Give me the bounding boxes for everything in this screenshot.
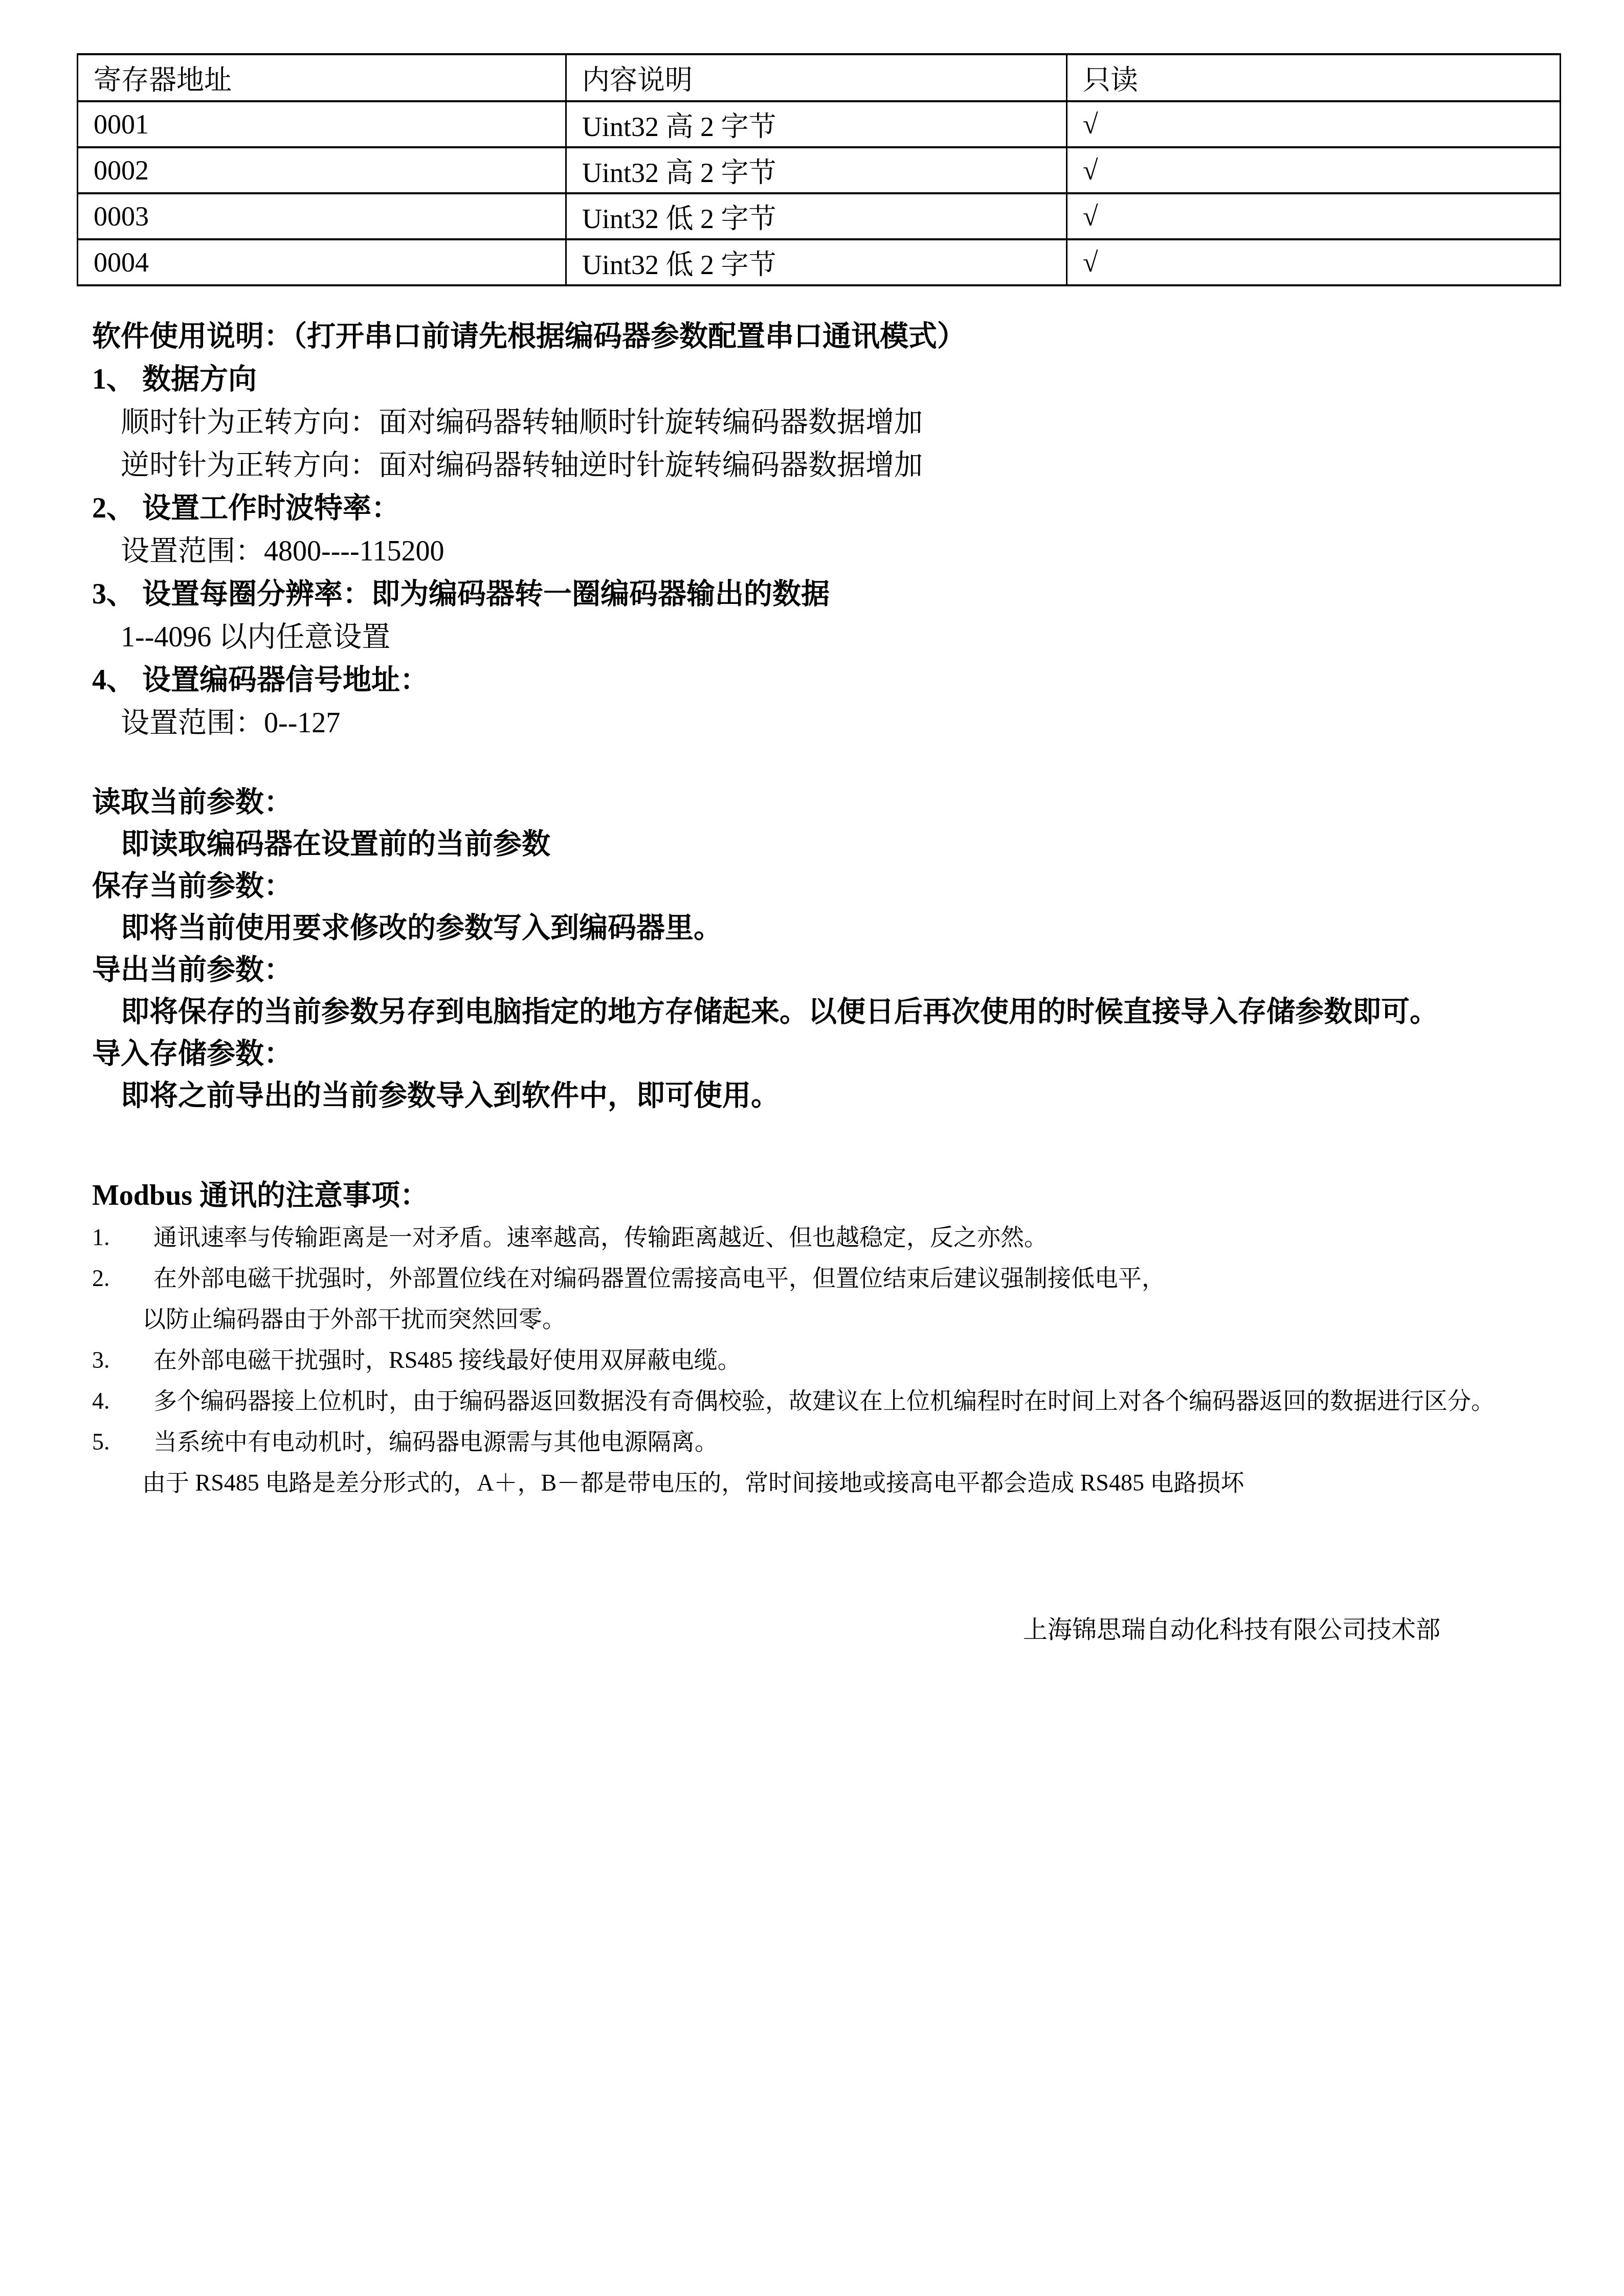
table-row: 0004 Uint32 低 2 字节 √ <box>78 239 1561 285</box>
operation-definition: 即读取编码器在设置前的当前参数 <box>92 823 1438 865</box>
description-cell: Uint32 低 2 字节 <box>566 193 1067 239</box>
item-heading-text: 数据方向 <box>142 364 257 395</box>
note-number: 4. <box>92 1381 153 1422</box>
description-cell: Uint32 低 2 字节 <box>566 239 1067 285</box>
readonly-checkmark-cell: √ <box>1067 239 1561 285</box>
operation-definition: 即将当前使用要求修改的参数写入到编码器里。 <box>92 907 1438 949</box>
register-address-cell: 0002 <box>78 147 566 193</box>
instruction-item-heading: 1、数据方向 <box>92 358 966 401</box>
operation-definition: 即将之前导出的当前参数导入到软件中，即可使用。 <box>92 1075 1438 1117</box>
item-number: 2、 <box>92 492 135 524</box>
note-number: 3. <box>92 1340 153 1381</box>
register-address-cell: 0003 <box>78 193 566 239</box>
note-number: 2. <box>92 1258 153 1299</box>
note-item: 3.在外部电磁干扰强时，RS485 接线最好使用双屏蔽电缆。 <box>92 1340 1495 1381</box>
item-number: 3、 <box>92 578 135 610</box>
item-heading-text: 设置工作时波特率： <box>142 492 400 524</box>
instruction-detail: 设置范围：0--127 <box>92 702 966 745</box>
instruction-item-heading: 2、设置工作时波特率： <box>92 487 966 530</box>
item-number: 1、 <box>92 364 135 395</box>
note-continuation: 以防止编码器由于外部干扰而突然回零。 <box>92 1299 1495 1340</box>
parameter-operations-section: 读取当前参数： 即读取编码器在设置前的当前参数 保存当前参数： 即将当前使用要求… <box>92 781 1438 1117</box>
description-cell: Uint32 高 2 字节 <box>566 147 1067 193</box>
note-number: 5. <box>92 1422 153 1462</box>
readonly-checkmark-cell: √ <box>1067 101 1561 147</box>
note-number: 1. <box>92 1217 153 1258</box>
document-page: 寄存器地址 内容说明 只读 0001 Uint32 高 2 字节 √ 0002 … <box>0 0 1624 2296</box>
modbus-notes-list: 1.通讯速率与传输距离是一对矛盾。速率越高，传输距离越近、但也越稳定，反之亦然。… <box>92 1217 1495 1503</box>
signature: 上海锦思瑞自动化科技有限公司技术部 <box>1023 1616 1440 1645</box>
note-item: 2.在外部电磁干扰强时，外部置位线在对编码器置位需接高电平，但置位结束后建议强制… <box>92 1258 1495 1299</box>
instruction-item-heading: 3、设置每圈分辨率：即为编码器转一圈编码器输出的数据 <box>92 573 966 616</box>
readonly-checkmark-cell: √ <box>1067 193 1561 239</box>
instruction-detail: 顺时针为正转方向：面对编码器转轴顺时针旋转编码器数据增加 <box>92 401 966 444</box>
register-address-cell: 0001 <box>78 101 566 147</box>
description-cell: Uint32 高 2 字节 <box>566 101 1067 147</box>
readonly-checkmark-cell: √ <box>1067 147 1561 193</box>
operation-definition: 即将保存的当前参数另存到电脑指定的地方存储起来。以便日后再次使用的时候直接导入存… <box>92 991 1438 1033</box>
operation-term: 导出当前参数： <box>92 949 1438 991</box>
modbus-notes-title: Modbus 通讯的注意事项： <box>92 1174 429 1217</box>
note-footnote: 由于 RS485 电路是差分形式的，A＋，B－都是带电压的，常时间接地或接高电平… <box>92 1462 1495 1503</box>
note-text: 在外部电磁干扰强时，外部置位线在对编码器置位需接高电平，但置位结束后建议强制接低… <box>153 1265 1165 1291</box>
software-instructions-section: 软件使用说明：（打开串口前请先根据编码器参数配置串口通讯模式） 1、数据方向 顺… <box>92 315 966 745</box>
instruction-detail: 逆时针为正转方向：面对编码器转轴逆时针旋转编码器数据增加 <box>92 444 966 487</box>
column-header-readonly: 只读 <box>1067 54 1561 101</box>
note-text: 当系统中有电动机时，编码器电源需与其他电源隔离。 <box>153 1429 718 1455</box>
note-item: 4.多个编码器接上位机时，由于编码器返回数据没有奇偶校验，故建议在上位机编程时在… <box>92 1381 1495 1422</box>
table-row: 0003 Uint32 低 2 字节 √ <box>78 193 1561 239</box>
note-text: 在外部电磁干扰强时，RS485 接线最好使用双屏蔽电缆。 <box>153 1347 741 1373</box>
operation-term: 导入存储参数： <box>92 1033 1438 1075</box>
software-instructions-title: 软件使用说明：（打开串口前请先根据编码器参数配置串口通讯模式） <box>92 315 966 358</box>
instruction-item-heading: 4、设置编码器信号地址： <box>92 659 966 702</box>
item-heading-text: 设置编码器信号地址： <box>142 664 429 696</box>
item-heading-text: 设置每圈分辨率：即为编码器转一圈编码器输出的数据 <box>142 578 830 610</box>
note-text: 多个编码器接上位机时，由于编码器返回数据没有奇偶校验，故建议在上位机编程时在时间… <box>153 1388 1495 1414</box>
note-item: 5.当系统中有电动机时，编码器电源需与其他电源隔离。 <box>92 1422 1495 1462</box>
table-header-row: 寄存器地址 内容说明 只读 <box>78 54 1561 101</box>
instruction-detail: 设置范围：4800----115200 <box>92 530 966 573</box>
table-row: 0002 Uint32 高 2 字节 √ <box>78 147 1561 193</box>
column-header-description: 内容说明 <box>566 54 1067 101</box>
column-header-register-address: 寄存器地址 <box>78 54 566 101</box>
table-row: 0001 Uint32 高 2 字节 √ <box>78 101 1561 147</box>
note-text: 通讯速率与传输距离是一对矛盾。速率越高，传输距离越近、但也越稳定，反之亦然。 <box>153 1224 1048 1250</box>
register-table: 寄存器地址 内容说明 只读 0001 Uint32 高 2 字节 √ 0002 … <box>77 53 1561 286</box>
instruction-detail: 1--4096 以内任意设置 <box>92 616 966 659</box>
operation-term: 保存当前参数： <box>92 865 1438 907</box>
item-number: 4、 <box>92 664 135 696</box>
operation-term: 读取当前参数： <box>92 781 1438 823</box>
note-item: 1.通讯速率与传输距离是一对矛盾。速率越高，传输距离越近、但也越稳定，反之亦然。 <box>92 1217 1495 1258</box>
register-address-cell: 0004 <box>78 239 566 285</box>
